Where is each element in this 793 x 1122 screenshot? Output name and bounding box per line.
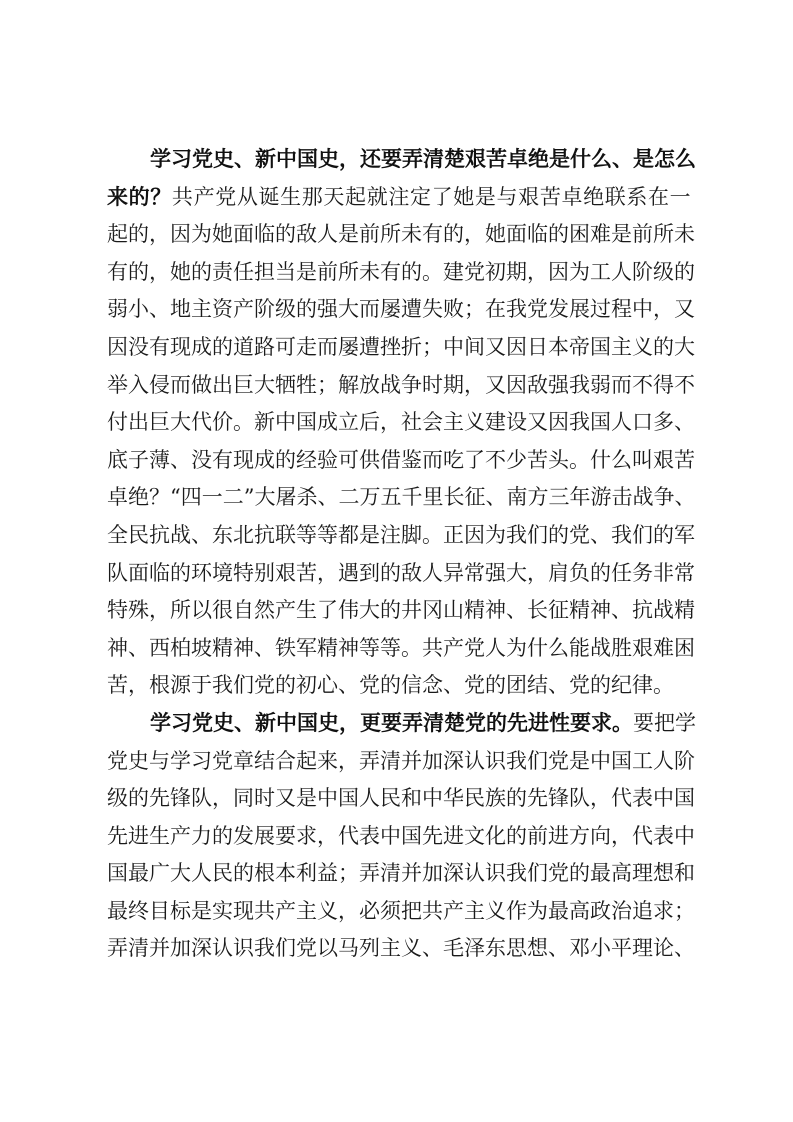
char: 心 [317,667,338,705]
char: 是 [475,179,496,217]
char: 年 [570,479,591,517]
char: 三 [549,479,570,517]
char: 的 [653,517,674,555]
char: 战 [380,367,401,405]
char: 展 [254,818,275,856]
char: 中 [380,818,401,856]
bold-char: 求 [591,705,612,743]
char: 所 [653,216,674,254]
char: 务 [632,555,653,593]
char: 叫 [632,442,653,480]
char: 表 [653,818,674,856]
text-line: 因没有现成的道路可走而屡遭挫折；中间又因日本帝国主义的大 [107,329,691,367]
char: 政 [590,893,611,931]
char: 难 [653,630,674,668]
bold-char: 。 [612,705,633,743]
char: 大 [170,404,191,442]
char: 、 [254,630,275,668]
char: 二 [223,479,244,517]
char: 以 [191,592,212,630]
char: 锋 [170,780,191,818]
char: 先 [149,780,170,818]
char: 而 [170,367,191,405]
char: 为 [485,517,506,555]
char: 成 [254,442,275,480]
char: 本 [275,855,296,893]
char: 而 [359,291,380,329]
bold-char: 来 [107,179,128,217]
char: 的 [275,216,296,254]
char: 能 [569,630,590,668]
char: 有 [212,442,233,480]
document-body: 学习党史、新中国史，还要弄清楚艰苦卓绝是什么、是怎么来的？共产党从诞生那天起就注… [107,141,691,968]
char: 艰 [518,179,539,217]
char: 又 [485,329,506,367]
char: 产 [275,893,296,931]
bold-char: 要 [381,141,402,179]
char: 的 [275,442,296,480]
char: 加 [170,930,191,968]
bold-char: 中 [276,141,297,179]
char: 的 [296,291,317,329]
char: 战 [170,517,191,555]
bold-char: 艰 [465,141,486,179]
char: 入 [128,367,149,405]
char: 精 [317,630,338,668]
char: 殊 [128,592,149,630]
char: 临 [149,555,170,593]
char: 特 [107,592,128,630]
char: 了 [432,179,453,217]
char: 弄 [107,930,128,968]
char: 主 [611,329,632,367]
char: 常 [464,555,485,593]
char: 苦 [674,442,695,480]
char: 的 [590,555,611,593]
char: 我 [506,743,527,781]
char: 与 [149,743,170,781]
bold-char: 国 [297,141,318,179]
char: ， [338,743,359,781]
char: 根 [254,855,275,893]
char: 到 [359,555,380,593]
char: 绝 [128,479,149,517]
char: ” [244,479,255,517]
bold-char: 绝 [528,141,549,179]
char: 放 [359,367,380,405]
text-line: 学习党史、新中国史，还要弄清楚艰苦卓绝是什么、是怎么 [107,141,691,179]
char: 未 [401,216,422,254]
char: 把 [654,705,675,743]
char: 争 [401,367,422,405]
char: 大 [506,555,527,593]
char: 巨 [149,404,170,442]
char: 华 [443,780,464,818]
char: 、 [506,592,527,630]
char: “ [170,479,181,517]
char: 东 [212,517,233,555]
char: 没 [191,442,212,480]
bold-char: 楚 [444,705,465,743]
char: 因 [107,329,128,367]
char: 现 [233,893,254,931]
char: 一 [670,179,691,217]
char: 我 [254,930,275,968]
char: 井 [401,592,422,630]
char: 中 [590,743,611,781]
char: 义 [632,329,653,367]
char: 马 [338,930,359,968]
char: 表 [632,780,653,818]
char: 的 [380,592,401,630]
bold-char: 清 [423,705,444,743]
char: 前 [632,216,653,254]
char: 坡 [191,630,212,668]
char: 益 [317,855,338,893]
char: 验 [317,442,338,480]
bold-char: 先 [507,705,528,743]
char: 等 [317,517,338,555]
char: 是 [611,216,632,254]
char: 的 [548,216,569,254]
bold-char: 史 [318,705,339,743]
char: 万 [360,479,381,517]
char: 最 [128,855,149,893]
char: 国 [401,818,422,856]
char: 产 [233,291,254,329]
char: 难 [590,216,611,254]
char: 平 [611,930,632,968]
char: 成 [191,329,212,367]
bold-char: 、 [234,141,255,179]
char: ， [611,818,632,856]
char: 人 [359,780,380,818]
char: 面 [506,216,527,254]
char: 的 [674,254,695,292]
char: 信 [401,667,422,705]
char: 大 [170,855,191,893]
char: 当 [275,254,296,292]
char: 共 [422,630,443,668]
char: 神 [107,630,128,668]
char: 因 [548,404,569,442]
char: 她 [453,179,474,217]
char: 遭 [401,291,422,329]
char: 军 [296,630,317,668]
char: 化 [485,818,506,856]
char: 少 [506,442,527,480]
char: 并 [401,855,422,893]
char: 苦 [540,179,561,217]
char: 弄 [359,743,380,781]
char: 把 [401,893,422,931]
char: 的 [569,855,590,893]
char: 是 [296,254,317,292]
text-line: 队面临的环境特别艰苦，遇到的敌人异常强大，肩负的任务非常 [107,555,691,593]
char: 鉴 [401,442,422,480]
bold-char: 学 [150,141,171,179]
char: 帝 [569,329,590,367]
char: 们 [527,743,548,781]
char: 同 [233,780,254,818]
char: 后 [359,404,380,442]
char: 目 [149,893,170,931]
char: 得 [653,367,674,405]
char: 。 [653,667,674,705]
char: 发 [233,818,254,856]
char: 级 [653,254,674,292]
char: 队 [107,555,128,593]
char: 终 [128,893,149,931]
char: 可 [275,329,296,367]
char: 党 [569,667,590,705]
char: 时 [254,780,275,818]
bold-char: 学 [150,705,171,743]
char: 是 [359,517,380,555]
char: ， [338,893,359,931]
char: 然 [254,592,275,630]
char: 等 [359,630,380,668]
char: 注 [388,179,409,217]
char: ； [317,367,338,405]
char: 败 [443,291,464,329]
text-line: 卓绝？“四一二”大屠杀、二万五千里长征、南方三年游击战争、 [107,479,691,517]
bold-char: 更 [360,705,381,743]
char: 、 [590,517,611,555]
char: 须 [380,893,401,931]
char: 冈 [422,592,443,630]
bold-char: 党 [192,705,213,743]
char: 识 [485,743,506,781]
char: 就 [367,179,388,217]
char: 么 [548,630,569,668]
char: 因 [170,216,191,254]
char: 中 [443,329,464,367]
char: 的 [275,667,296,705]
char: 念 [422,667,443,705]
char: 们 [632,517,653,555]
char: 、 [674,404,695,442]
char: 章 [233,743,254,781]
char: 长 [444,479,465,517]
char: 展 [569,291,590,329]
char: 诞 [258,179,279,217]
char: 党 [212,743,233,781]
char: 抗 [149,517,170,555]
char: 薄 [149,442,170,480]
char: 必 [359,893,380,931]
char: 、 [191,517,212,555]
char: 战 [653,592,674,630]
char: 未 [674,216,695,254]
text-line: 举入侵而做出巨大牺牲；解放战争时期，又因敌强我弱而不得不 [107,367,691,405]
char: 为 [506,630,527,668]
bold-char: 习 [171,141,192,179]
char: 清 [128,930,149,968]
char: 艰 [275,555,296,593]
char: 力 [191,818,212,856]
char: 强 [485,555,506,593]
char: 价 [212,404,233,442]
paragraph: 学习党史、新中国史，还要弄清楚艰苦卓绝是什么、是怎么来的？共产党从诞生那天起就注… [107,141,691,705]
char: 社 [401,404,422,442]
bold-char: ？ [150,179,171,217]
char: ， [149,254,170,292]
char: 而 [317,329,338,367]
char: 的 [506,818,527,856]
char: 卓 [107,479,128,517]
char: 加 [422,855,443,893]
char: 们 [527,517,548,555]
char: 的 [212,818,233,856]
char: 在 [648,179,669,217]
char: 了 [464,442,485,480]
char: 先 [107,818,128,856]
char: 全 [107,517,128,555]
char: 东 [485,930,506,968]
char: 敌 [401,555,422,593]
char: 挫 [380,329,401,367]
char: 要 [633,705,654,743]
char: 中 [422,780,443,818]
char: 队 [569,780,590,818]
char: 党 [107,743,128,781]
char: 标 [170,893,191,931]
bold-char: 性 [549,705,570,743]
char: 那 [302,179,323,217]
char: 国 [590,404,611,442]
char: ； [422,329,443,367]
char: 产 [443,893,464,931]
char: 敌 [527,367,548,405]
char: 中 [674,818,695,856]
char: ， [317,555,338,593]
char: 初 [485,254,506,292]
char: ？ [149,479,170,517]
char: 人 [191,855,212,893]
text-line: 有的，她的责任担当是前所未有的。建党初期，因为工人阶级的 [107,254,691,292]
char: 困 [674,630,695,668]
char: 列 [359,930,380,968]
char: 强 [548,367,569,405]
char: 精 [212,630,233,668]
char: 要 [275,818,296,856]
char: 神 [590,592,611,630]
char: 任 [611,555,632,593]
char: 资 [212,291,233,329]
char: 、 [611,592,632,630]
char: 责 [212,254,233,292]
char: 主 [443,404,464,442]
char: 肩 [548,555,569,593]
char: 阶 [674,743,695,781]
char: 铁 [275,630,296,668]
char: ， [380,404,401,442]
char: 工 [632,743,653,781]
char: 进 [128,818,149,856]
char: 利 [296,855,317,893]
char: 吃 [443,442,464,480]
char: 精 [569,592,590,630]
char: 人 [611,254,632,292]
char: 她 [170,254,191,292]
text-line: 党史与学习党章结合起来，弄清并加深认识我们党是中国工人阶 [107,743,691,781]
char: 主 [380,930,401,968]
char: 党 [548,855,569,893]
char: 等 [380,630,401,668]
char: 本 [548,329,569,367]
char: ； [338,855,359,893]
bold-char: 的 [486,705,507,743]
char: 所 [338,254,359,292]
char: 么 [611,442,632,480]
char: 清 [380,855,401,893]
char: 生 [280,179,301,217]
bold-char: ， [339,705,360,743]
char: 结 [527,667,548,705]
char: 纪 [611,667,632,705]
char: 成 [317,404,338,442]
char: 立 [338,404,359,442]
char: 抗 [632,592,653,630]
char: 和 [401,780,422,818]
char: 大 [255,479,276,517]
char: 共 [422,893,443,931]
char: 学 [675,705,696,743]
char: ， [464,367,485,405]
char: 求 [296,818,317,856]
char: 联 [605,179,626,217]
char: 建 [443,254,464,292]
text-line: 国最广大人民的根本利益；弄清并加深认识我们党的最高理想和 [107,855,691,893]
char: 侵 [149,367,170,405]
char: 阶 [254,291,275,329]
char: 弱 [107,291,128,329]
char: 征 [548,592,569,630]
char: 方 [569,818,590,856]
char: 游 [591,479,612,517]
char: ， [149,216,170,254]
char: 广 [149,855,170,893]
text-line: 全民抗战、东北抗联等等都是注脚。正因为我们的党、我们的军 [107,517,691,555]
char: 未 [359,254,380,292]
char: 、 [674,930,695,968]
char: 卓 [561,179,582,217]
char: 困 [569,216,590,254]
char: 不 [674,367,695,405]
char: 遭 [359,329,380,367]
char: 屡 [380,291,401,329]
char: 征 [465,479,486,517]
char: 。 [569,442,590,480]
char: 苦 [107,667,128,705]
char: 产 [275,592,296,630]
char: 柏 [170,630,191,668]
char: 小 [590,930,611,968]
char: 锋 [548,780,569,818]
char: 国 [674,780,695,818]
char: 阶 [632,254,653,292]
char: 的 [590,667,611,705]
char: 神 [233,630,254,668]
char: 举 [107,367,128,405]
char: 大 [254,367,275,405]
text-line: 先进生产力的发展要求，代表中国先进文化的前进方向，代表中 [107,818,691,856]
char: 识 [485,855,506,893]
char: 代 [611,780,632,818]
char: 会 [422,404,443,442]
char: 所 [380,216,401,254]
